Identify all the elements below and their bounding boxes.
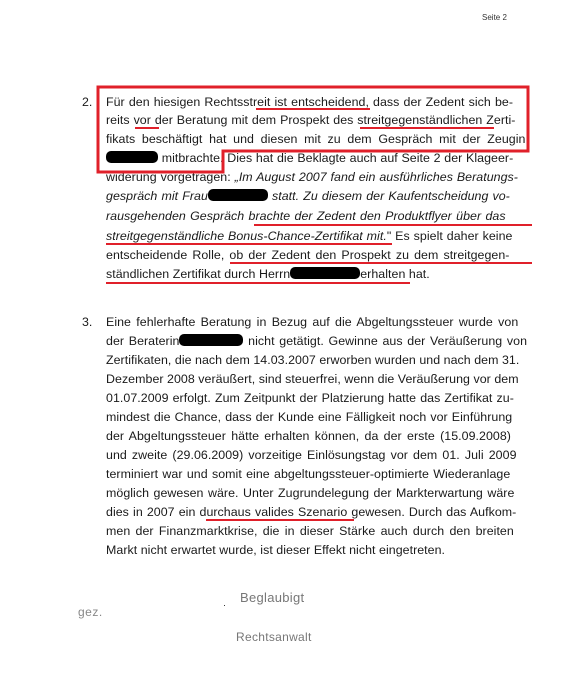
redaction-bar xyxy=(106,151,158,163)
redaction-bar xyxy=(290,267,360,279)
text-line: mindest die Chance, dass der Kunde eine … xyxy=(106,409,512,426)
redaction-bar xyxy=(179,334,243,346)
text-line: mitbrachte. Dies hat die Beklagte auch a… xyxy=(106,150,513,167)
text-line: gespräch mit Frau statt. Zu diesem der K… xyxy=(106,188,510,205)
paragraph-number: 3. xyxy=(82,314,92,331)
underline-streitgegenstaendlichen xyxy=(360,127,494,129)
text-line: Zertifikaten, die nach dem 14.03.2007 er… xyxy=(106,352,519,369)
paragraph-number: 2. xyxy=(82,94,92,111)
text-line: terminiert war und somit eine abgeltungs… xyxy=(106,466,510,483)
text-line: der Abgeltungssteuer hätte erhalten könn… xyxy=(106,428,511,445)
text-line: Markt nicht erwartet wurde, ist dieser E… xyxy=(106,542,445,559)
underline-entscheidend xyxy=(256,108,370,110)
stamp-lawyer: Rechtsanwalt xyxy=(236,630,312,644)
underline-szenario xyxy=(206,519,354,521)
redaction-bar xyxy=(208,189,268,201)
page-number: Seite 2 xyxy=(482,13,507,22)
underline-vor xyxy=(135,127,159,129)
text-line: 01.07.2009 erfolgt. Zum Zeitpunkt der Pl… xyxy=(106,390,514,407)
underline-produktflyer xyxy=(254,224,532,226)
text-line: widerung vorgetragen: „Im August 2007 fa… xyxy=(106,169,518,186)
stamp-certified: Beglaubigt xyxy=(240,590,304,605)
speck xyxy=(224,605,225,606)
underline-zertifikat xyxy=(106,282,410,284)
text-line: fikats beschäftigt hat und diesen mit zu… xyxy=(106,131,525,148)
text-line: möglich gewesen wäre. Unter Zugrundelegu… xyxy=(106,485,514,502)
signature-gez: gez. xyxy=(78,605,103,619)
text-line: der Beraterin nicht getätigt. Gewinne au… xyxy=(106,333,527,350)
text-line: ständlichen Zertifikat durch Herrnerhalt… xyxy=(106,266,430,283)
underline-prospekt xyxy=(230,262,532,264)
text-line: Dezember 2008 veräußert, sind steuerfrei… xyxy=(106,371,519,388)
text-line: und zweite (29.06.2009) vorzeitige Einlö… xyxy=(106,447,517,464)
underline-bonus-chance xyxy=(106,243,392,245)
text-line: men der Finanzmarktkrise, die in dieser … xyxy=(106,523,514,540)
text-line: Eine fehlerhafte Beratung in Bezug auf d… xyxy=(106,314,518,331)
text-line: rausgehenden Gespräch brachte der Zedent… xyxy=(106,208,506,225)
